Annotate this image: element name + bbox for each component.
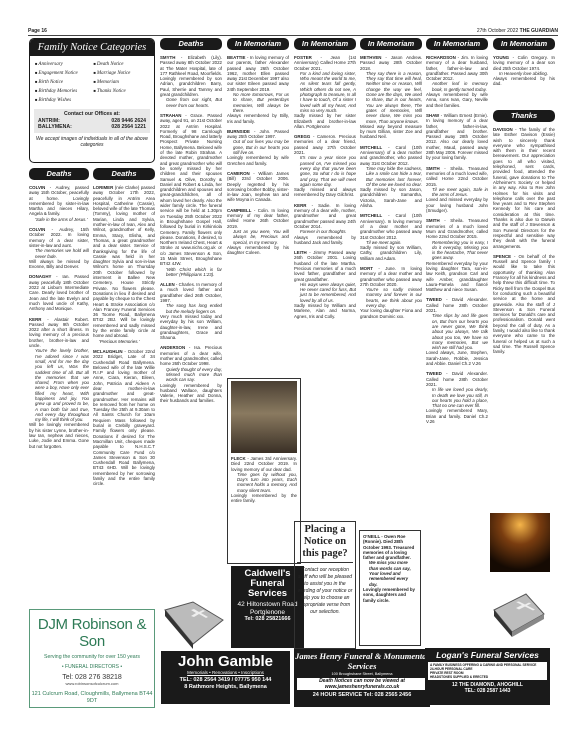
section-header-thanks: Thanks (493, 110, 555, 122)
notice: CAMPBELL - Colin. In loving memory of my… (227, 208, 289, 256)
notice-surname: SPENCE (493, 254, 511, 259)
notice: DAVISON - The family of the late Esther … (493, 127, 555, 249)
john-gamble-ad[interactable]: John Gamble Memorials • Renovations • In… (161, 651, 290, 704)
category-item: Birthday Wishes (35, 96, 91, 104)
notice-surname: GREGG (294, 134, 310, 139)
notice-verse: In life we loved you dearly, In death we… (426, 387, 488, 408)
notice-surname: STRAHAN (160, 113, 181, 118)
notice-surname: LORIMER (93, 185, 113, 190)
notice-surname: SMYTH (160, 55, 175, 60)
notice-surname: DONAGHY (29, 274, 51, 279)
category-item: Birth Notice (35, 78, 91, 86)
notice-surname: MITCHELL (360, 213, 382, 218)
notice: LORIMER (née Clarke) passed away October… (93, 185, 155, 344)
bible-cross-icon (490, 588, 548, 638)
notice-signoff: Loved and missed everyday by your loving… (426, 197, 488, 213)
notice-surname: MITCHELL (360, 145, 382, 150)
notice-verse: 'Precious Memories.' (93, 339, 155, 344)
category-item: Marriage Notice (94, 69, 150, 77)
memoriam-column-5: In Memoriam FOSTER - Jean (1st Anniversa… (294, 38, 356, 518)
candle-image (490, 513, 550, 572)
notice-signoff: Always remembered by Billy, Iris and fam… (227, 113, 289, 124)
notice: FOSTER - Jean (1st Anniversary) Called H… (294, 55, 356, 129)
notice-signoff: Your loving daughter Fiona and grandson … (360, 308, 422, 319)
notice-surname: CAMERON (227, 171, 250, 176)
notice-verse: Out of our lives you may be gone, But in… (227, 139, 289, 155)
thanks-column: Thanks DAVISON - The family of the late … (493, 110, 555, 510)
notice: TWEED - David Alexander. Called home 28t… (426, 297, 488, 366)
logan-services-list: A FAMILY BUSINESS OFFERING A CARING AND … (428, 662, 547, 680)
logans-ad[interactable]: Logan's Funeral Services A FAMILY BUSINE… (425, 648, 550, 705)
notice: DONAGHY - Ian. Passed away peacefully 18… (29, 274, 89, 311)
notice: MITCHELL - Carol (10th Anniversary) of a… (360, 145, 422, 209)
notice-surname: MORT (360, 266, 373, 271)
notice-signoff: Always remembered by husband Jack and fa… (294, 235, 356, 246)
category-item: Thanks Notice (94, 87, 150, 95)
newspaper-page: Page 16 27th October 2022 THE GUARDIAN F… (0, 0, 580, 737)
james-henry-ad[interactable]: James Henry Funeral & Monumental Service… (294, 649, 430, 707)
notice: BURNSIDE - John. Passed away 25th Octobe… (227, 129, 289, 166)
notice-signoff: Lovingly remembered by husband Wallace, … (160, 383, 222, 404)
notice-signoff: Will always be missed by Evonne, Billy a… (29, 259, 89, 270)
notice-verse: His ways were always quiet, He never car… (294, 282, 356, 303)
categories-title: Family Notice Categories (30, 39, 154, 56)
notice-signoff: Lovingly remembered by sons, daughters a… (363, 587, 417, 603)
category-item: Death Notice (94, 60, 150, 68)
placing-notice-box: Placing a Notice on this page? Contact o… (294, 521, 356, 649)
notice: MORT - June. In loving memory of a dear … (360, 266, 422, 319)
notice-surname: TWEED (426, 371, 442, 376)
notice-surname: CAMPBELL (227, 208, 251, 213)
notice-surname: TWEED (426, 297, 442, 302)
notice: YOUNG - Colin Gregory. In loving memory … (493, 55, 555, 87)
notice-verse: Another leaf in memory book, Is gently t… (426, 81, 488, 92)
notice: STRAHAN - Grace. Passed away, aged 91, o… (160, 113, 222, 277)
notice-surname: BEATTIE (227, 55, 245, 60)
notice: TWEED - David Alexander. Called home 28t… (426, 371, 488, 424)
notice-verse: The memories we hold will never fade. (29, 248, 89, 259)
category-item: Engagement Notice (35, 69, 91, 77)
notice-signoff: Always remembered by wife Anna, sons Iva… (426, 92, 488, 108)
notice-surname: COLVIN (29, 227, 45, 232)
notice: KERR - Alastair Robert. Passed away 9th … (29, 317, 89, 449)
contact-offices: Contact our Offices at: ANTRIM:028 9446 … (34, 109, 150, 133)
notice-surname: DAVISON (493, 127, 513, 132)
section-header-deaths: Deaths (93, 168, 155, 180)
section-header-memoriam: In Memoriam (493, 38, 555, 50)
notice-verse: Time slips by and life goes on, But from… (426, 313, 488, 350)
notice-surname: FOSTER (294, 55, 312, 60)
notice-verse: Quietly thought of every day, Missed muc… (160, 367, 222, 383)
notice-verse: For a kind and loving sister, Who meant … (294, 71, 356, 113)
notice-surname: MCLAUGHLIN (93, 349, 123, 354)
category-item: Anniversary (35, 60, 91, 68)
deaths-column-3: Deaths SMYTH - Elizabeth (Lily). Passed … (160, 38, 222, 560)
notice-signoff: Sadly missed by son William, Cathy, gran… (360, 245, 422, 261)
notice-signoff: Sadly missed by her sister Elizabeth and… (294, 113, 356, 129)
notice-signoff: Sadly missed by son Jason, grandchildren… (360, 187, 422, 208)
notice: MITCHELL - Carol (10th Anniversary). In … (360, 213, 422, 261)
fleck-photo (231, 381, 297, 453)
notice: SPENCE - On behalf of the Russell and Sp… (493, 254, 555, 355)
notice-surname: COLVIN (29, 185, 45, 190)
notice-signoff: Always remembered by his daughter Coleen… (227, 245, 289, 256)
section-header-memoriam: In Memoriam (360, 38, 422, 50)
djm-website-link[interactable]: www.robinsonsofculcrum.com (30, 681, 154, 686)
category-item: Memoriam (94, 78, 150, 86)
memoriam-column-7: In Memoriam RICHARDSON - Jim. In loving … (426, 38, 488, 645)
page-dateline: 27th October 2022 THE GUARDIAN (477, 28, 558, 34)
notice: BEATTIE - In loving memory of our parent… (227, 55, 289, 124)
oneill-notice-box: O'NEILL - Owen Roe (Ronnie). Died 28th O… (359, 530, 421, 646)
section-header-memoriam: In Memoriam (227, 38, 289, 50)
notice-verse: 'With Christ which is far better' (Phili… (160, 267, 222, 278)
notice-surname: YOUNG (493, 55, 509, 60)
notice: MCLAUGHLIN - October 22nd 2022 Bridget, … (93, 349, 155, 487)
notice-signoff: Sadly missed and always remembered by Da… (294, 187, 356, 198)
notice: ALLEN - Charles. In memory of a much lov… (160, 282, 222, 340)
notice-verse: It's now a year since you passed on, I'v… (294, 155, 356, 187)
notice: SHAW - William Ernest (Ernie). In loving… (426, 113, 488, 161)
notice-surname: SMITH (426, 166, 440, 171)
ballymena-phone[interactable]: 028 2564 1221 (111, 124, 146, 131)
notice-surname: METHVEN (360, 55, 381, 60)
notice: SMITH - Sheila. Treasured memories of a … (426, 166, 488, 214)
deaths-column-2: Deaths LORIMER (née Clarke) passed away … (93, 168, 155, 605)
notice: KERR - Sadie. In loving memory of a dear… (294, 203, 356, 245)
notice-verse: Time may hide the sadness, Like a smile … (360, 166, 422, 187)
categories-box: Family Notice Categories AnniversaryDeat… (29, 38, 155, 163)
section-header-deaths: Deaths (29, 168, 89, 180)
notice-signoff: Very much missed today and everyday by h… (160, 314, 222, 340)
notice-verse: You're so sadly missed mammy and forever… (360, 287, 422, 308)
notice-surname: KERR (294, 203, 306, 208)
notice-signoff: Loved always, June, Stephen, Sarah-Jane,… (426, 350, 488, 366)
notice-surname: BURNSIDE (227, 129, 250, 134)
notice: METHVEN - Jason Andrew. Passed away 28th… (360, 55, 422, 140)
notice-verse: We miss you more than words can say, You… (363, 560, 417, 586)
notice: CAMERON - William James (Bill) 23rd Octo… (227, 171, 289, 203)
notice-surname: SHAW (426, 113, 439, 118)
notice: ANDERSON - Isa. Precious memories of a d… (160, 345, 222, 403)
notice-verse: Gone from our sight, But never from our … (160, 97, 222, 108)
memoriam-column-8: In Memoriam YOUNG - Colin Gregory. In lo… (493, 38, 555, 100)
notice-verse: Remembering you is easy, I do it everyda… (426, 240, 488, 261)
memoriam-column-6: In Memoriam METHVEN - Jason Andrew. Pass… (360, 38, 422, 528)
notice-surname: ANDERSON (160, 345, 185, 350)
categories-list: AnniversaryDeath NoticeEngagement Notice… (30, 56, 154, 108)
section-header-memoriam: In Memoriam (426, 38, 488, 50)
page-number: Page 16 (28, 28, 47, 34)
images-note: We accept images of individuals in all o… (30, 134, 154, 150)
notice-surname: O'NEILL (363, 534, 380, 539)
notice-verse: Time goes by without you, Day's turn int… (231, 472, 297, 493)
notice-signoff: Missed way beyond measure by mum Gillian… (360, 124, 422, 140)
notice: GREGG - Cameron. Precious memories of a … (294, 134, 356, 198)
notice-verse: No more tomorrows, For us to share, But … (227, 92, 289, 113)
notice-signoff: Remembered everyday by your loving daugh… (426, 261, 488, 293)
fleck-notice-box: FLECK - James 3rd Anniversary. Died 22nd… (227, 378, 301, 564)
notice-signoff: Lovingly remembered by the entire family… (231, 493, 297, 504)
notice-signoff: Lovingly remembered by wife Gretchen and… (227, 155, 289, 166)
section-header-memoriam: In Memoriam (294, 38, 356, 50)
bible-icon (163, 600, 225, 650)
notice: COLVIN - Audrey, 15th October 2022. In l… (29, 227, 89, 269)
notice-verse: You're the lovely brother, I've adored s… (29, 348, 89, 422)
notice-verse: They say there is a reason, They say tha… (360, 71, 422, 124)
notice: O'NEILL - Owen Roe (Ronnie). Died 28th O… (363, 534, 417, 603)
category-item: Birthday Memories (35, 87, 91, 95)
notice-verse: Til we meet again, Safe in the arms of J… (426, 187, 488, 198)
notice-surname: RICHARDSON (426, 55, 456, 60)
notice: LEITH - Jimmy Passed away 26th October 2… (294, 250, 356, 319)
notice-verse: Just as you were, You will always be, Pr… (227, 229, 289, 245)
james-henry-website[interactable]: Death Notices can now be viewed at www.j… (297, 678, 427, 690)
notice-surname: LEITH (294, 250, 307, 255)
header-rule (28, 35, 558, 36)
notice: SMYTH - Elizabeth (Lily). Passed away 8t… (160, 55, 222, 108)
notice-surname: ALLEN (160, 282, 175, 287)
notice-verse: 'Safe in the arms of Jesus.' (29, 217, 89, 222)
memoriam-column-4: In Memoriam BEATTIE - In loving memory o… (227, 38, 289, 376)
notice-signoff: Always remembered by his dad. (493, 76, 555, 87)
notice-signoff: Lovingly remembered Mary, Brian and fami… (426, 408, 488, 424)
djm-robinson-ad[interactable]: DJM Robinson & Son Serving the community… (29, 609, 155, 708)
notice-surname: FLECK (231, 456, 246, 461)
notice-signoff: Sadly missed by William and Marlene, Ala… (294, 303, 356, 319)
notice-signoff: Will be lovingly remembered by his siste… (29, 422, 89, 448)
notice: SMITH - Sheila. Treasured memories of a … (426, 218, 488, 292)
notice: FLECK - James 3rd Anniversary. Died 22nd… (231, 456, 297, 504)
notice-verse: The song has long ended but the melody l… (160, 303, 222, 314)
deaths-column-1: Deaths COLVIN - Audrey, passed away 15th… (29, 168, 89, 605)
notice-surname: KERR (29, 317, 41, 322)
notice: RICHARDSON - Jim. In loving memory of a … (426, 55, 488, 108)
notice: COLVIN - Audrey, passed away 15th Octobe… (29, 185, 89, 222)
notice-surname: SMITH (426, 218, 440, 223)
section-header-deaths: Deaths (160, 38, 222, 50)
